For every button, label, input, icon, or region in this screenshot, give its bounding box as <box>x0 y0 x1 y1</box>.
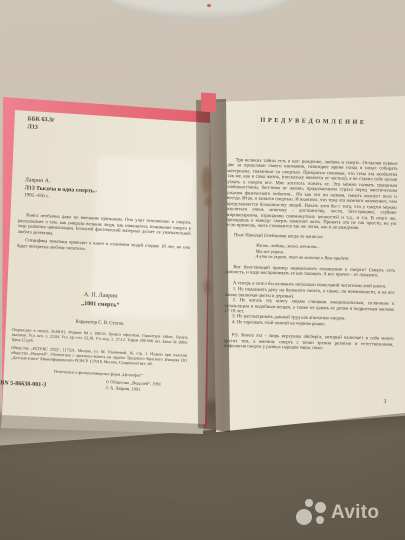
verse-quote: Жизнь, любовь, жена, отчизна... Мы все у… <box>255 243 395 263</box>
printing-line: Отпечатано с фотополимерных форм „Целлоф… <box>10 367 186 380</box>
page-number: 3 <box>383 399 386 405</box>
catalog-card: Лаврин А. Л13 Тысяча и одна смерть.- 199… <box>24 176 98 203</box>
avito-watermark: Avito <box>296 495 400 529</box>
fabric-speck <box>207 4 211 7</box>
bbk-block: ББК 63.3г Л13 <box>27 115 55 132</box>
gutter-stain <box>202 166 211 194</box>
preface-paragraph-1: Три великих тайны есть в нас: рождение, … <box>226 158 398 233</box>
left-page-content: ББК 63.3г Л13 Лаврин А. Л13 Тысяча и одн… <box>8 112 198 432</box>
right-page-content: ПРЕДУВЕДОМЛЕНИЕ Три великих тайны есть в… <box>222 102 399 428</box>
postscript: P.S. Книга эта - лишь верхушка айсберга,… <box>223 333 393 353</box>
gutter-stain <box>205 196 211 207</box>
bbk-index: Л13 <box>27 123 54 132</box>
spine-cover-sliver <box>201 92 216 112</box>
wishes-list: 1. Не поднимать руку на ближнего своего,… <box>224 287 395 329</box>
copyright-block: © Общество „Водолей“, 1991 © А. Лаврин, … <box>105 379 161 394</box>
fabric-scrap <box>103 0 299 20</box>
annotation: Книга необычна даже по внешним признакам… <box>17 212 192 259</box>
poet-intro-line: Поэт Николай Олейников когда-то написал: <box>226 233 396 242</box>
preface-paragraph-2: Вот блистающий пример нормального отноше… <box>225 265 395 280</box>
book-photo: ББК 63.3г Л13 Лаврин А. Л13 Тысяча и одн… <box>0 0 405 540</box>
preface-heading: ПРЕДУВЕДОМЛЕНИЕ <box>239 116 389 126</box>
gutter-stain <box>204 280 211 295</box>
avito-label: Avito <box>331 503 379 522</box>
avito-logo-icon <box>296 499 327 526</box>
